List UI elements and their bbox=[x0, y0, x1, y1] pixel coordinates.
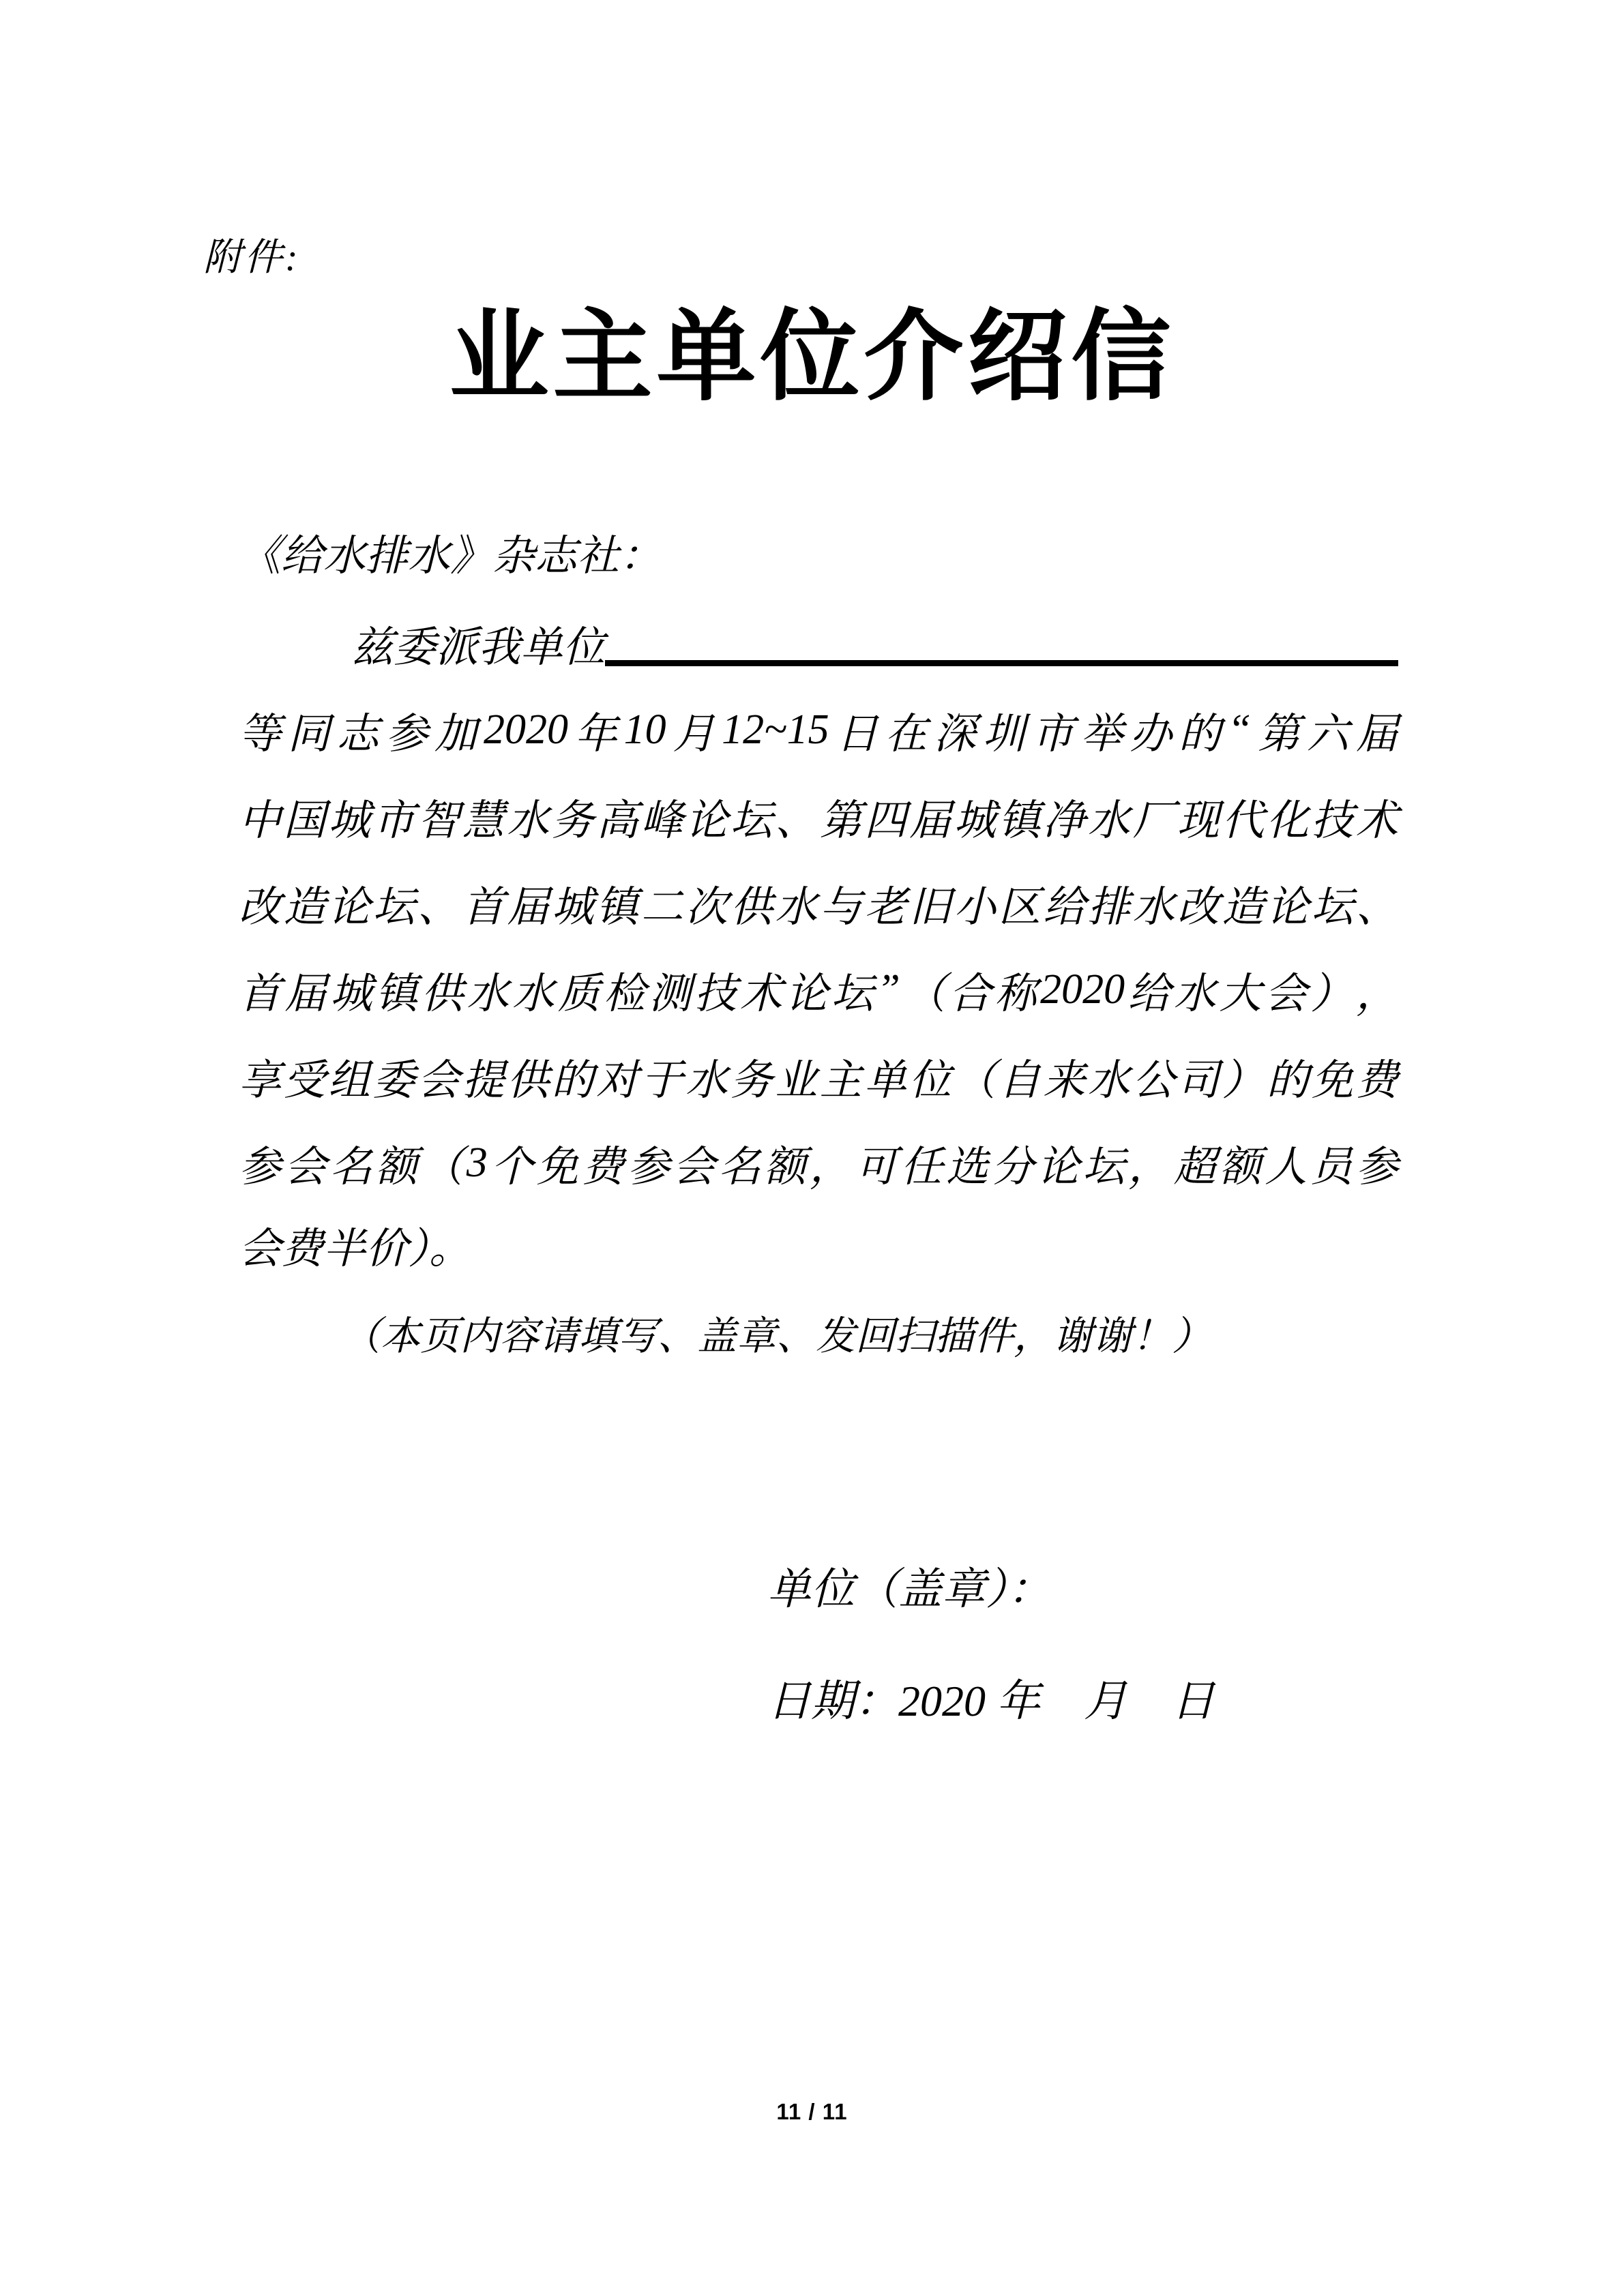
delegate-text: 兹委派我单位 bbox=[351, 613, 605, 674]
page-title: 业主单位介绍信 bbox=[0, 305, 1624, 410]
paragraph-line: 会费半价）。 bbox=[239, 1206, 1398, 1293]
fill-in-note-line: （本页内容请填写、盖章、发回扫描件，谢谢！） bbox=[239, 1293, 1398, 1380]
signature-date-label: 日期：2020 年 月 日 bbox=[767, 1678, 1215, 1725]
signature-unit-label: 单位（盖章）： bbox=[767, 1566, 1051, 1613]
paragraph-line: 中国城市智慧水务高峰论坛、第四届城镇净水厂现代化技术 bbox=[239, 773, 1398, 860]
paragraph-line: 享受组委会提供的对于水务业主单位（自来水公司）的免费 bbox=[239, 1033, 1398, 1120]
salutation-line: 《给水排水》杂志社： bbox=[239, 513, 1398, 600]
delegate-line: 兹委派我单位 bbox=[239, 600, 1398, 687]
letter-body: 《给水排水》杂志社： 兹委派我单位 等同志参加2020年10月12~15日在深圳… bbox=[239, 513, 1398, 1380]
paragraph-line: 等同志参加2020年10月12~15日在深圳市举办的“第六届 bbox=[239, 687, 1398, 773]
document-page: 附件: 业主单位介绍信 《给水排水》杂志社： 兹委派我单位 等同志参加2020年… bbox=[0, 0, 1624, 2296]
attachment-label: 附件: bbox=[203, 237, 301, 280]
unit-name-blank-underline bbox=[605, 660, 1398, 666]
paragraph-line: 改造论坛、首届城镇二次供水与老旧小区给排水改造论坛、 bbox=[239, 860, 1398, 946]
page-number-indicator: 11 / 11 bbox=[0, 2099, 1624, 2125]
paragraph-line: 首届城镇供水水质检测技术论坛”（合称2020给水大会）， bbox=[239, 946, 1398, 1033]
paragraph-line: 参会名额（3个免费参会名额，可任选分论坛，超额人员参 bbox=[239, 1120, 1398, 1206]
letter-paragraph: 等同志参加2020年10月12~15日在深圳市举办的“第六届中国城市智慧水务高峰… bbox=[239, 687, 1398, 1293]
